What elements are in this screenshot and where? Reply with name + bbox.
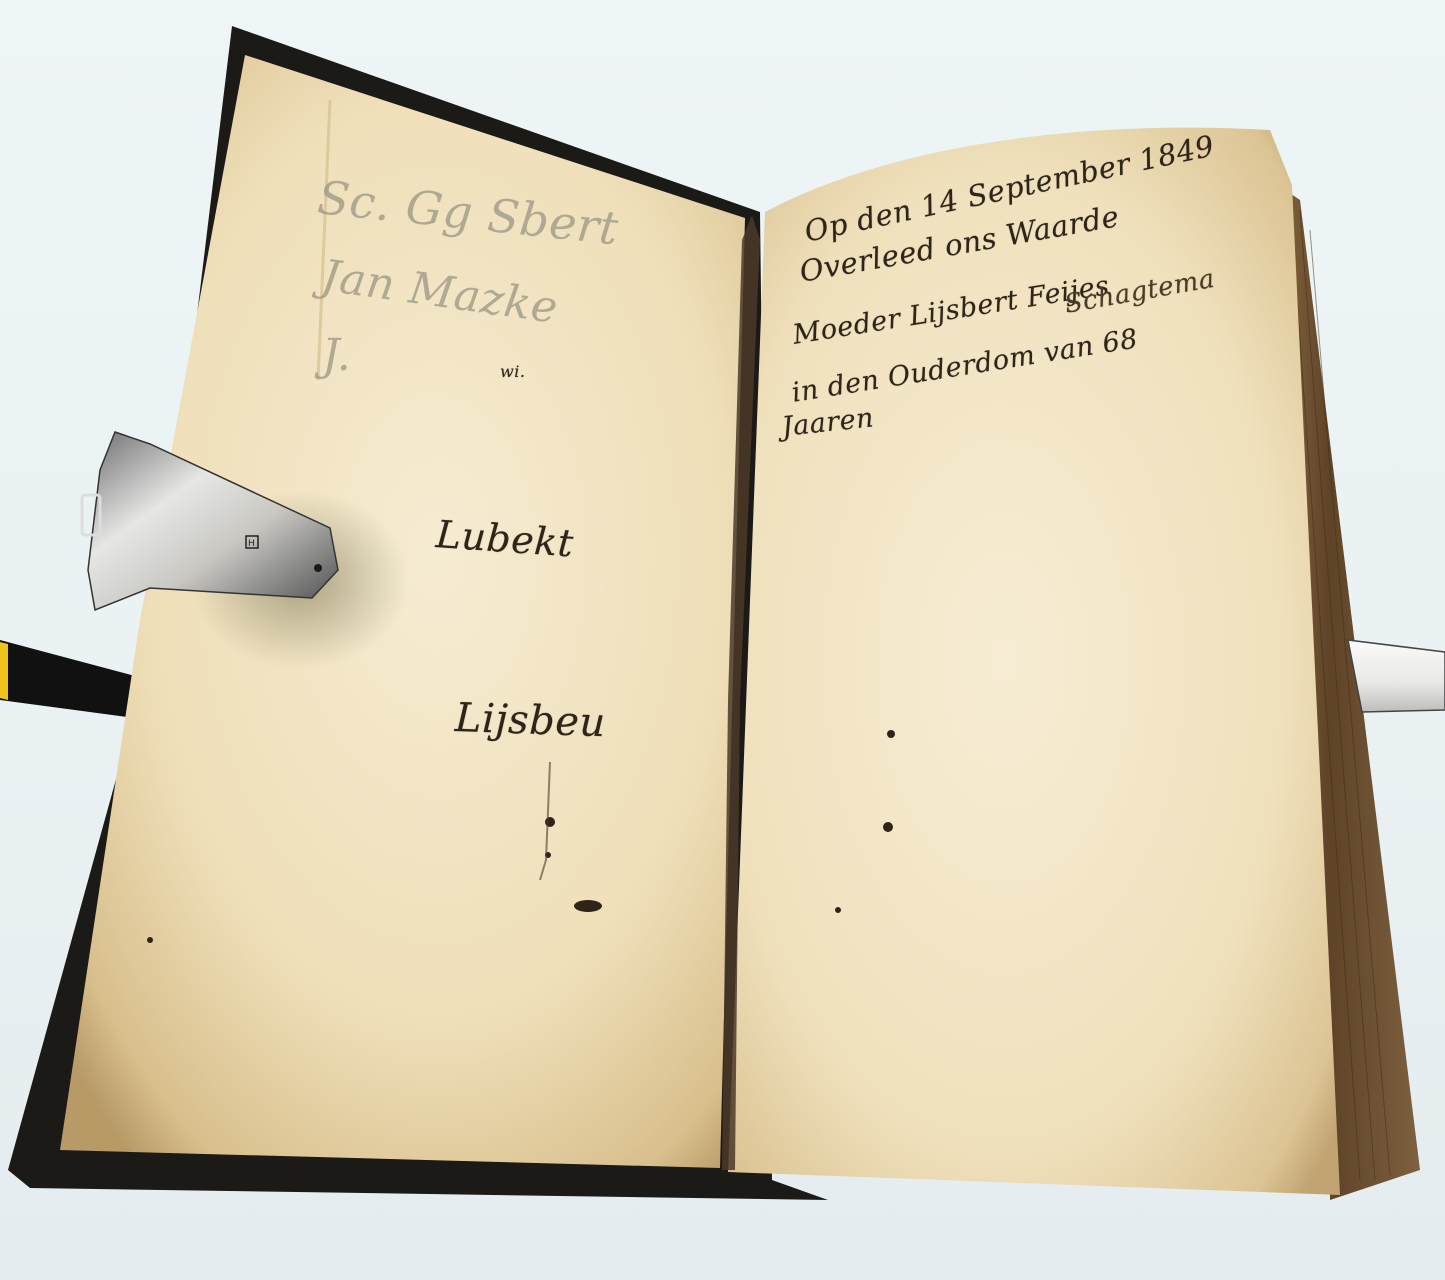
pencil-inscription-line3: J. xyxy=(322,330,351,381)
right-clasp xyxy=(1348,640,1445,712)
book-photo: H Sc. Gg Sbert Jan Mazke J. wi. Lubekt L… xyxy=(0,0,1445,1280)
ink-name-lijsbeu: Lijsbeu xyxy=(454,695,606,746)
open-book-illustration: H xyxy=(0,0,1445,1280)
svg-text:H: H xyxy=(248,539,255,549)
small-ink-mark: wi. xyxy=(500,362,525,381)
